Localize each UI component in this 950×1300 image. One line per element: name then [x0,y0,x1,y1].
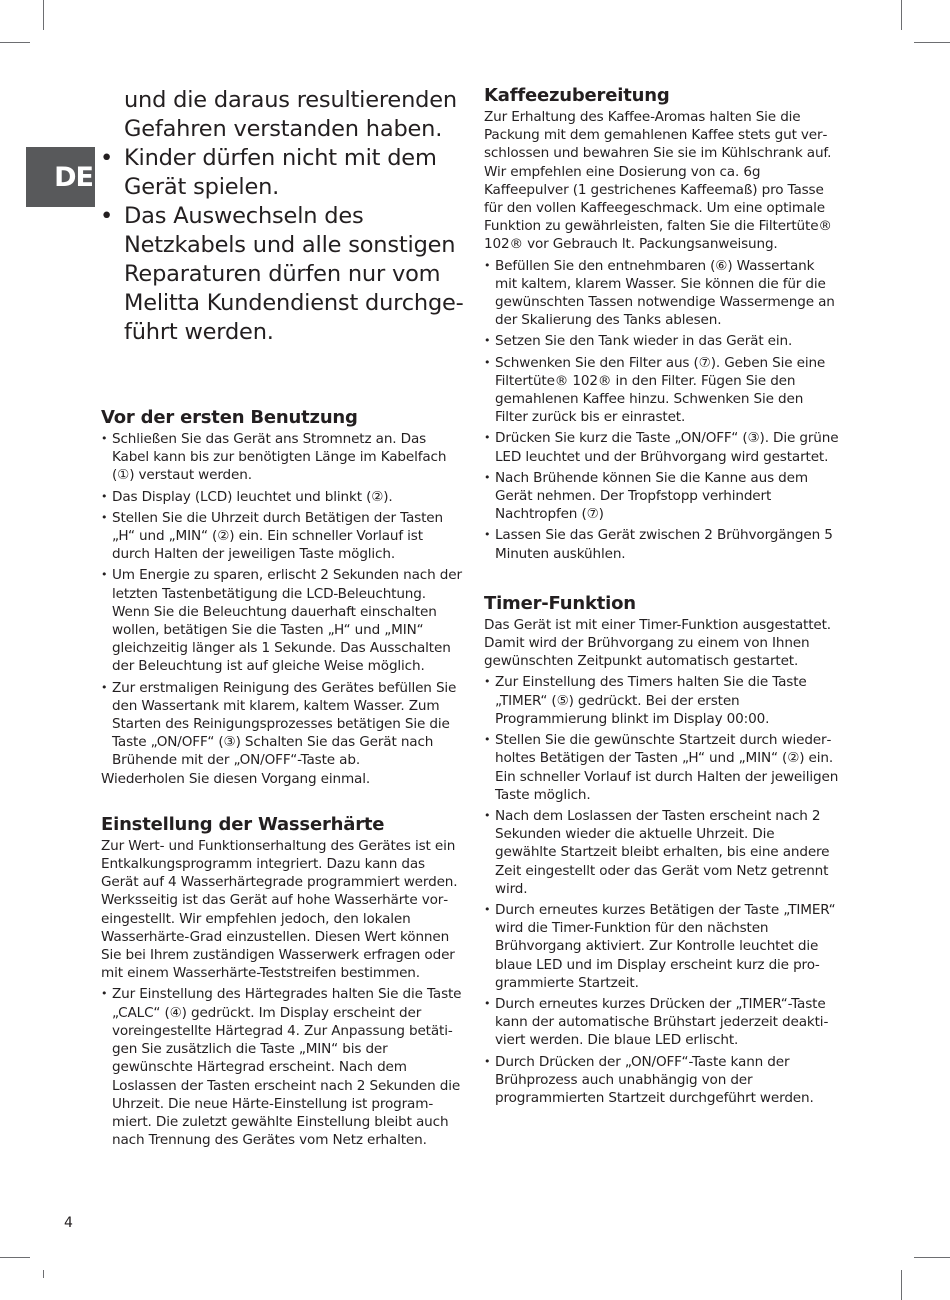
crop-mark [914,1257,950,1258]
list-item: Setzen Sie den Tank wieder in das Gerät … [484,332,839,350]
section-coffee-prep: Kaffeezubereitung Zur Erhaltung des Kaff… [484,85,839,563]
list-item: Zur Einstellung des Härtegrades halten S… [101,985,463,1149]
list-item: Nach Brühende können Sie die Kanne aus d… [484,469,839,524]
section-heading: Kaffeezubereitung [484,85,839,107]
paragraph: Zur Wert- und Funktionserhaltung des Ger… [101,837,463,983]
list-item: Durch erneutes kurzes Betätigen der Tast… [484,901,839,992]
paragraph: Zur Erhaltung des Kaffee-Aromas halten S… [484,108,839,254]
list-item: Zur Einstellung des Timers halten Sie di… [484,673,839,728]
left-column: Vor der ersten Benutzung Schließen Sie d… [101,407,463,1149]
section-first-use: Vor der ersten Benutzung Schließen Sie d… [101,407,463,788]
intro-bullet-list: Kinder dürfen nicht mit dem Gerät spiele… [100,144,470,347]
bullet-list: Befüllen Sie den entnehmbaren (⑥) Wasser… [484,257,839,563]
crop-mark [43,0,44,30]
list-item: Stellen Sie die Uhrzeit durch Betätigen … [101,509,463,564]
crop-mark [901,1270,902,1300]
bullet-list: Zur Einstellung des Härtegrades halten S… [101,985,463,1149]
list-item: Durch erneutes kurzes Drücken der „TIMER… [484,995,839,1050]
list-item: Das Display (LCD) leuchtet und blinkt (②… [101,488,463,506]
bullet-list: Zur Einstellung des Timers halten Sie di… [484,673,839,1107]
crop-mark [901,0,902,30]
crop-mark [43,1270,44,1278]
list-item: Kinder dürfen nicht mit dem Gerät spiele… [100,144,470,202]
language-tab: DE [26,147,95,207]
crop-mark [914,42,950,43]
list-item: Stellen Sie die gewünschte Startzeit dur… [484,731,839,804]
crop-mark [0,42,30,43]
intro-safety-notes: und die daraus resultierenden Gefahren v… [100,86,470,347]
list-item: Schließen Sie das Gerät ans Stromnetz an… [101,430,463,485]
paragraph: Wiederholen Sie diesen Vorgang einmal. [101,770,463,788]
page-number: 4 [64,1215,73,1231]
section-heading: Timer-Funktion [484,593,839,615]
crop-mark [0,1257,30,1258]
list-item: Schwenken Sie den Filter aus (⑦). Geben … [484,354,839,427]
section-heading: Einstellung der Wasserhärte [101,814,463,836]
list-item: Drücken Sie kurz die Taste „ON/OFF“ (③).… [484,429,839,465]
section-water-hardness: Einstellung der Wasserhärte Zur Wert- un… [101,814,463,1149]
section-heading: Vor der ersten Benutzung [101,407,463,429]
list-item: Zur erstmaligen Reinigung des Gerätes be… [101,679,463,770]
list-item: Lassen Sie das Gerät zwischen 2 Brühvorg… [484,526,839,562]
list-item: Nach dem Loslassen der Tasten erscheint … [484,807,839,898]
paragraph: Das Gerät ist mit einer Timer-Funktion a… [484,616,839,671]
section-timer: Timer-Funktion Das Gerät ist mit einer T… [484,593,839,1107]
list-item: Durch Drücken der „ON/OFF“-Taste kann de… [484,1053,839,1108]
right-column: Kaffeezubereitung Zur Erhaltung des Kaff… [484,85,839,1107]
list-item: Das Auswechseln des Netzkabels und alle … [100,202,470,347]
intro-continuation: und die daraus resultierenden Gefahren v… [100,86,470,144]
list-item: Um Energie zu sparen, erlischt 2 Sekunde… [101,566,463,675]
list-item: Befüllen Sie den entnehmbaren (⑥) Wasser… [484,257,839,330]
bullet-list: Schließen Sie das Gerät ans Stromnetz an… [101,430,463,770]
